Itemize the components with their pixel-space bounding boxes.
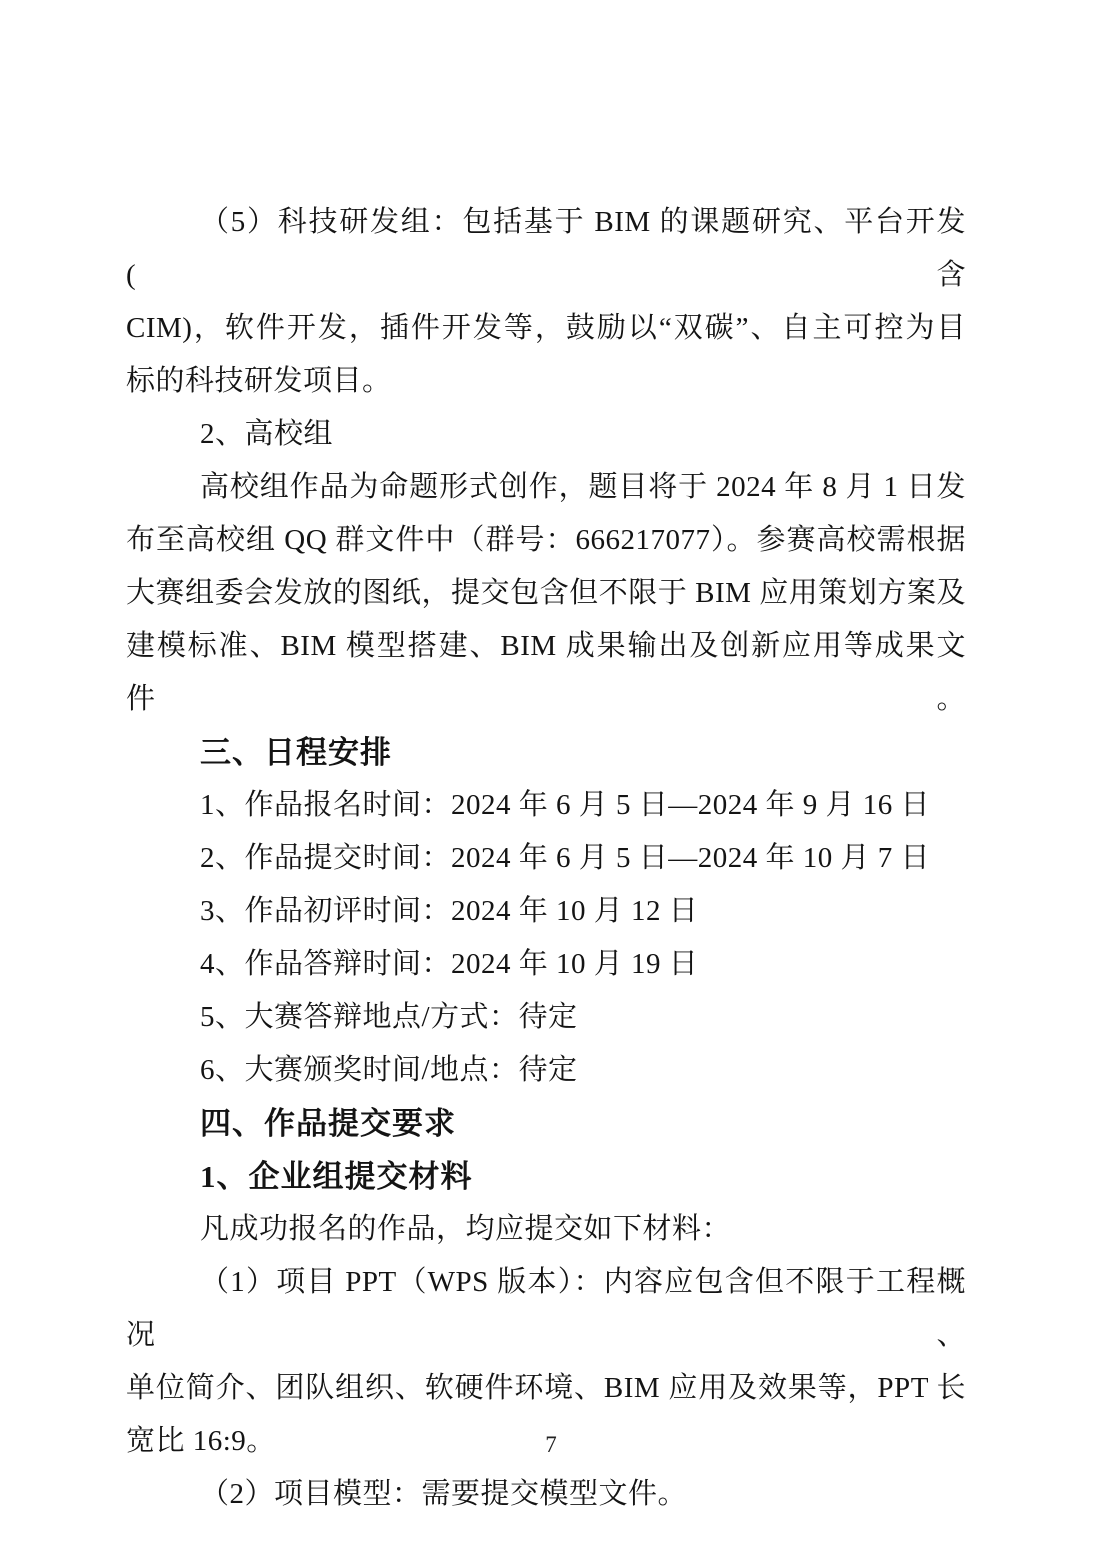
paragraph-line: 单位简介、团队组织、软硬件环境、BIM 应用及效果等，PPT 长 [126,1362,966,1415]
paragraph-line: 布至高校组 QQ 群文件中（群号：666217077）。参赛高校需根据 [126,514,966,567]
section-heading-submission-requirements: 四、作品提交要求 [126,1097,966,1150]
page-number: 7 [0,1432,1102,1458]
schedule-item-defense-time: 4、作品答辩时间：2024 年 10 月 19 日 [126,938,966,991]
subheading-universities-group: 2、高校组 [126,408,966,461]
paragraph-line: 大赛组委会发放的图纸，提交包含但不限于 BIM 应用策划方案及 [126,567,966,620]
subsection-heading-enterprise-materials: 1、企业组提交材料 [126,1150,966,1203]
document-page: （5）科技研发组：包括基于 BIM 的课题研究、平台开发(含 CIM)，软件开发… [0,0,1102,1559]
paragraph-line: （1）项目 PPT（WPS 版本）：内容应包含但不限于工程概况、 [126,1256,966,1362]
schedule-item-preliminary-review-time: 3、作品初评时间：2024 年 10 月 12 日 [126,885,966,938]
schedule-item-award-ceremony: 6、大赛颁奖时间/地点：待定 [126,1044,966,1097]
schedule-item-registration-time: 1、作品报名时间：2024 年 6 月 5 日—2024 年 9 月 16 日 [126,779,966,832]
schedule-item-defense-location: 5、大赛答辩地点/方式：待定 [126,991,966,1044]
section-heading-schedule: 三、日程安排 [126,726,966,779]
schedule-item-submission-time: 2、作品提交时间：2024 年 6 月 5 日—2024 年 10 月 7 日 [126,832,966,885]
paragraph-line: 建模标准、BIM 模型搭建、BIM 成果输出及创新应用等成果文件。 [126,620,966,726]
document-body: （5）科技研发组：包括基于 BIM 的课题研究、平台开发(含 CIM)，软件开发… [126,196,966,1521]
paragraph-line: 标的科技研发项目。 [126,355,966,408]
paragraph-line: （2）项目模型：需要提交模型文件。 [126,1468,966,1521]
paragraph-line: CIM)，软件开发，插件开发等，鼓励以“双碳”、自主可控为目 [126,302,966,355]
paragraph-line: 凡成功报名的作品，均应提交如下材料： [126,1203,966,1256]
paragraph-line: （5）科技研发组：包括基于 BIM 的课题研究、平台开发(含 [126,196,966,302]
paragraph-line: 高校组作品为命题形式创作，题目将于 2024 年 8 月 1 日发 [126,461,966,514]
